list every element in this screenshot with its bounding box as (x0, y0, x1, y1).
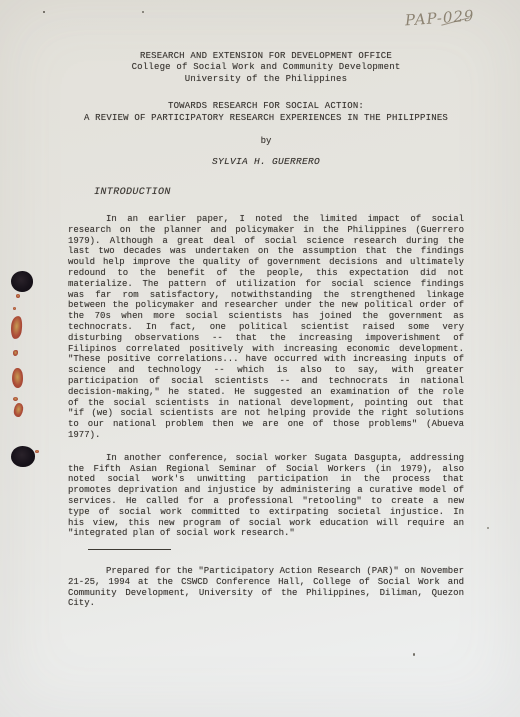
title-line-1: TOWARDS RESEARCH FOR SOCIAL ACTION: (68, 101, 464, 113)
red-stain-fleck (16, 294, 20, 298)
letterhead-university: University of the Philippines (68, 74, 464, 85)
ink-blot-top (11, 271, 33, 292)
letterhead-college: College of Social Work and Community Dev… (68, 62, 464, 73)
red-stain-speck (13, 307, 16, 310)
text-line: his view, this new program of social wor… (68, 518, 464, 529)
footnote: Prepared for the "Participatory Action R… (68, 566, 464, 609)
text-line: Community Development, University of the… (68, 588, 464, 599)
text-line: technocrats. In fact, one political scie… (68, 322, 464, 333)
text-line: participation of social scientists -- an… (68, 376, 464, 387)
paper-speck (43, 11, 45, 13)
text-line: last two decades was undertaken on the a… (68, 246, 464, 257)
paragraph: In another conference, social worker Sug… (68, 453, 464, 539)
document-title: TOWARDS RESEARCH FOR SOCIAL ACTION: A RE… (68, 101, 464, 124)
paragraph: Prepared for the "Participatory Action R… (68, 566, 464, 609)
text-line: was far rom satisfactory, notwithstandin… (68, 290, 464, 301)
text-line: redound to the benefit of the people, th… (68, 268, 464, 279)
document-content: RESEARCH AND EXTENSION FOR DEVELOPMENT O… (68, 0, 464, 717)
letterhead-office: RESEARCH AND EXTENSION FOR DEVELOPMENT O… (68, 51, 464, 62)
red-stain-fleck (35, 450, 39, 453)
text-line: Filipinos correlated positively with inc… (68, 344, 464, 355)
text-line: City. (68, 598, 464, 609)
text-line: decision-making," he stated. He suggeste… (68, 387, 464, 398)
red-stain-blob (11, 368, 23, 389)
text-line: materialize. The pattern of utilization … (68, 279, 464, 290)
text-line: the Fifth Asian Regional Seminar of Soci… (68, 464, 464, 475)
text-line: In an earlier paper, I noted the limited… (68, 214, 464, 225)
title-line-2: A REVIEW OF PARTICIPATORY RESEARCH EXPER… (68, 113, 464, 125)
author-name: SYLVIA H. GUERRERO (68, 156, 464, 167)
paragraph: In an earlier paper, I noted the limited… (68, 214, 464, 441)
letterhead: RESEARCH AND EXTENSION FOR DEVELOPMENT O… (68, 51, 464, 85)
paper-speck (487, 527, 489, 529)
text-line: type of social work committed to extirpa… (68, 507, 464, 518)
text-line: noted social work's unwitting participat… (68, 474, 464, 485)
text-line: science and technology -- which is also … (68, 365, 464, 376)
red-stain-speck (13, 350, 18, 356)
text-line: research on the planner and policymaker … (68, 225, 464, 236)
text-line: "integrated plan of social work research… (68, 528, 464, 539)
text-line: services. He called for a professional "… (68, 496, 464, 507)
text-line: "These positive correlations... have occ… (68, 354, 464, 365)
text-line: In another conference, social worker Sug… (68, 453, 464, 464)
text-line: would help improve the quality of govern… (68, 257, 464, 268)
text-line: Prepared for the "Participatory Action R… (68, 566, 464, 577)
text-line: to our national problem then we are one … (68, 419, 464, 430)
text-line: 1979). Although a great deal of social s… (68, 236, 464, 247)
text-line: 21-25, 1994 at the CSWCD Conference Hall… (68, 577, 464, 588)
scanned-document-page: PAP-029 RESEARCH AND EXTENSION FOR DEVEL… (0, 0, 520, 717)
footnote-separator (88, 549, 171, 550)
section-heading-introduction: INTRODUCTION (94, 187, 171, 198)
text-line: "if (we) social scientists are not helpi… (68, 408, 464, 419)
text-line: disturbing observations -- that the incr… (68, 333, 464, 344)
intro-paragraphs: In an earlier paper, I noted the limited… (68, 214, 464, 539)
paper-speck (413, 653, 415, 656)
red-stain-blob (10, 315, 23, 339)
text-line: 1977). (68, 430, 464, 441)
text-line: promotes deprivation and injustice by ad… (68, 485, 464, 496)
text-line: of the social scientists in national dev… (68, 398, 464, 409)
red-stain-blob (13, 402, 24, 417)
text-line: the 70s when more social scientists has … (68, 311, 464, 322)
ink-blot-bottom (11, 446, 35, 467)
red-stain-speck (13, 397, 18, 401)
paper-speck (142, 11, 144, 13)
byline-label: by (68, 136, 464, 146)
text-line: between the policymaker and researcher u… (68, 300, 464, 311)
